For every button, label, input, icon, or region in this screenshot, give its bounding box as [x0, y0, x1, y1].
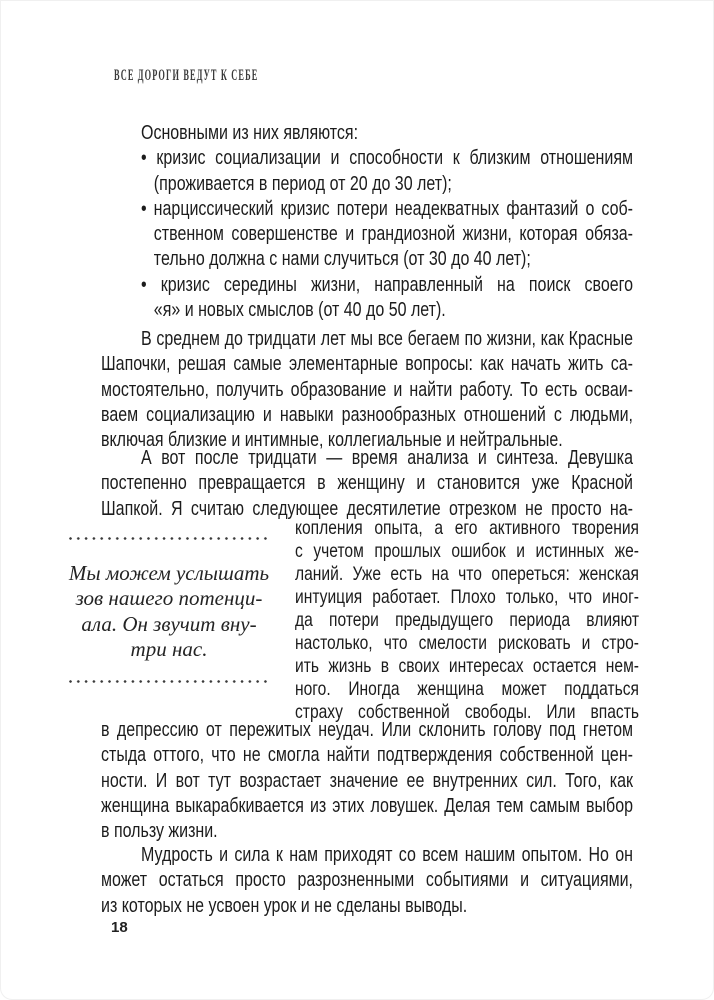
text-line: В среднем до тридцати лет мы все бегаем …	[101, 327, 633, 352]
body-paragraph-after-thirty-wrap: копления опыта, а его активного творения…	[295, 517, 639, 724]
pullquote: Мы можем услышатьзов нашего потенци-ала.…	[65, 561, 273, 662]
text-line: настолько, что смелости рисковать и стро…	[295, 632, 639, 655]
body-paragraph-after-thirty-tail: в депрессию от пережитых неудач. Или скл…	[101, 718, 633, 844]
text-line: копления опыта, а его активного творения	[295, 517, 639, 540]
text-line: • кризис социализации и способности к бл…	[141, 146, 633, 171]
text-line: Шапочки, решая самые элементарные вопрос…	[101, 352, 633, 377]
running-header: ВСЕ ДОРОГИ ВЕДУТ К СЕБЕ	[114, 67, 258, 85]
text-line: Основными из них являются:	[101, 121, 633, 146]
dotted-divider-bottom	[69, 680, 271, 683]
text-line: ланий. Уже есть на что опереться: женска…	[295, 563, 639, 586]
text-line: стыда оттого, что не смогла найти подтве…	[101, 743, 633, 768]
text-line: • нарциссический кризис потери неадекват…	[141, 197, 633, 222]
text-line: постепенно превращается в женщину и стан…	[101, 471, 633, 496]
text-line: тельно должна с нами случиться (от 30 до…	[141, 247, 633, 272]
text-line: • кризис середины жизни, направленный на…	[141, 273, 633, 298]
text-line: в депрессию от пережитых неудач. Или скл…	[101, 718, 633, 743]
text-line: ного. Иногда женщина может поддаться	[295, 678, 639, 701]
text-line: интуиция работает. Плохо только, что ино…	[295, 586, 639, 609]
body-paragraph-before-thirty: В среднем до тридцати лет мы все бегаем …	[101, 327, 633, 453]
text-line: зов нашего потенци-	[65, 586, 273, 611]
text-line: ственном совершенстве и грандиозной жизн…	[141, 222, 633, 247]
bullet-item-narcissistic-crisis: • нарциссический кризис потери неадекват…	[141, 197, 633, 273]
bullet-item-socialization-crisis: • кризис социализации и способности к бл…	[141, 146, 633, 197]
body-paragraph-wisdom: Мудрость и сила к нам приходят со всем н…	[101, 843, 633, 919]
text-line: в пользу жизни.	[101, 819, 633, 844]
text-line: ности. И вот тут возрастает значение ее …	[101, 769, 633, 794]
text-line: ваем социализацию и навыки разнообразных…	[101, 403, 633, 428]
text-line: из которых не усвоен урок и не сделаны в…	[101, 894, 633, 919]
text-line: да потери предыдущего периода влияют	[295, 609, 639, 632]
text-line: «я» и новых смыслов (от 40 до 50 лет).	[141, 298, 633, 323]
text-line: Мудрость и сила к нам приходят со всем н…	[101, 843, 633, 868]
text-line: Мы можем услышать	[65, 561, 273, 586]
bullet-item-midlife-crisis: • кризис середины жизни, направленный на…	[141, 273, 633, 324]
text-line: три нас.	[65, 637, 273, 662]
text-line: ала. Он звучит вну-	[65, 612, 273, 637]
text-line: (проживается в период от 20 до 30 лет);	[141, 172, 633, 197]
crisis-list-section: Основными из них являются: • кризис соци…	[101, 121, 633, 323]
dotted-divider-top	[69, 537, 271, 540]
text-line: с учетом прошлых ошибок и истинных же-	[295, 540, 639, 563]
text-line: ить жизнь в своих интересах остается нем…	[295, 655, 639, 678]
body-paragraph-after-thirty-head: А вот после тридцати — время анализа и с…	[101, 446, 633, 522]
text-line: А вот после тридцати — время анализа и с…	[101, 446, 633, 471]
book-page: ВСЕ ДОРОГИ ВЕДУТ К СЕБЕ Основными из них…	[0, 0, 714, 1000]
intro-paragraph: Основными из них являются:	[101, 121, 633, 146]
text-line: может остаться просто разрозненными собы…	[101, 868, 633, 893]
text-line: мостоятельно, получить образование и най…	[101, 378, 633, 403]
text-line: женщина выкарабкивается из этих ловушек.…	[101, 794, 633, 819]
page-number: 18	[111, 919, 128, 936]
